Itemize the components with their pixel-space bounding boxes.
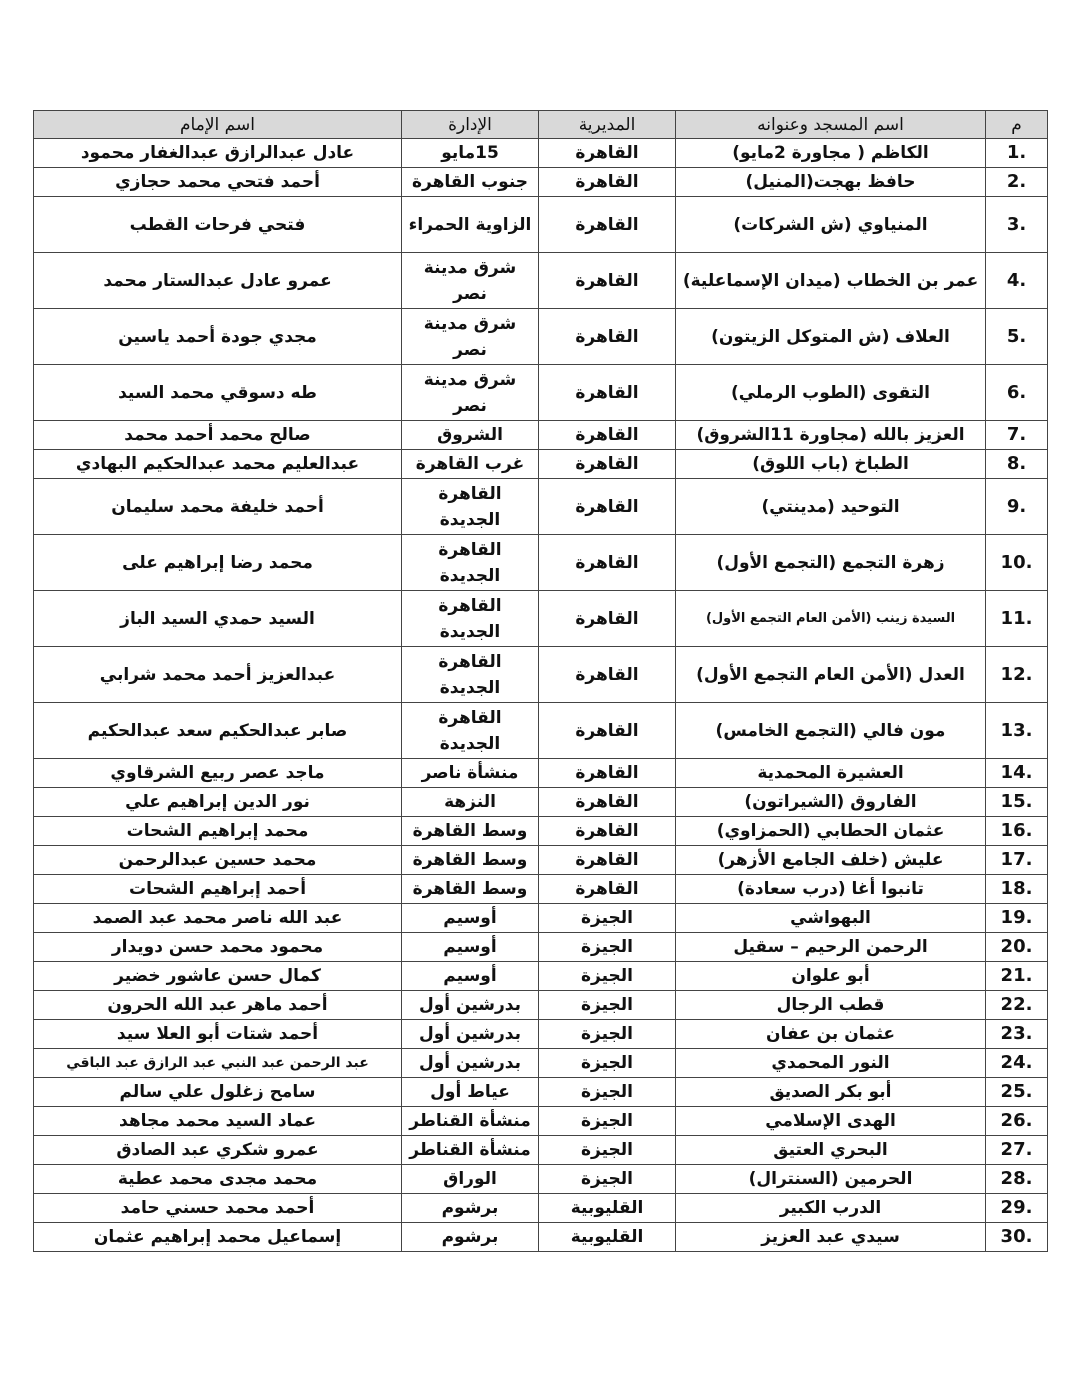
mosque-cell: الحرمين (السنترال)	[676, 1165, 986, 1194]
num-cell: 18.	[986, 875, 1048, 904]
directorate-cell: القاهرة	[539, 817, 676, 846]
table-row: 21.أبو علوانالجيزةأوسيمكمال حسن عاشور خض…	[34, 962, 1048, 991]
header-imam: اسم الإمام	[34, 111, 402, 139]
num-cell: 3.	[986, 197, 1048, 253]
mosque-cell: العدل (الأمن العام التجمع الأول)	[676, 647, 986, 703]
table-row: 12.العدل (الأمن العام التجمع الأول)القاه…	[34, 647, 1048, 703]
table-row: 2.حافظ بهجت(المنيل)القاهرةجنوب القاهرةأح…	[34, 168, 1048, 197]
directorate-cell: القاهرة	[539, 197, 676, 253]
imam-cell: طه دسوقي محمد السيد	[34, 365, 402, 421]
header-directorate: المديرية	[539, 111, 676, 139]
directorate-cell: القاهرة	[539, 253, 676, 309]
administration-cell: القاهرة الجديدة	[402, 591, 539, 647]
mosque-cell: تانبوا أغا (درب سعادة)	[676, 875, 986, 904]
mosque-cell: التقوى (الطوب الرملي)	[676, 365, 986, 421]
mosque-cell: العلاف (ش المتوكل الزيتون)	[676, 309, 986, 365]
table-row: 22.قطب الرجالالجيزةبدرشين أولأحمد ماهر ع…	[34, 991, 1048, 1020]
directorate-cell: الجيزة	[539, 962, 676, 991]
table-row: 17.عليش (خلف الجامع الأزهر)القاهرةوسط ال…	[34, 846, 1048, 875]
table-row: 16.عثمان الحطابي (الحمزاوي)القاهرةوسط ال…	[34, 817, 1048, 846]
imam-cell: صالح محمد أحمد محمد	[34, 421, 402, 450]
mosque-cell: الهدى الإسلامي	[676, 1107, 986, 1136]
num-cell: 6.	[986, 365, 1048, 421]
num-cell: 11.	[986, 591, 1048, 647]
table-row: 13.مون فالي (التجمع الخامس)القاهرةالقاهر…	[34, 703, 1048, 759]
table-row: 11.السيدة زينب (الأمن العام التجمع الأول…	[34, 591, 1048, 647]
directorate-cell: القاهرة	[539, 703, 676, 759]
imam-cell: أحمد فتحي محمد حجازي	[34, 168, 402, 197]
mosque-cell: عمر بن الخطاب (ميدان الإسماعلية)	[676, 253, 986, 309]
directorate-cell: القاهرة	[539, 139, 676, 168]
mosque-cell: قطب الرجال	[676, 991, 986, 1020]
table-body: 1.الكاظم ( مجاورة 2مايو)القاهرة15مايوعاد…	[34, 139, 1048, 1252]
num-cell: 15.	[986, 788, 1048, 817]
num-cell: 29.	[986, 1194, 1048, 1223]
directorate-cell: الجيزة	[539, 1136, 676, 1165]
mosque-cell: الرحمن الرحيم – سقيل	[676, 933, 986, 962]
header-administration: الإدارة	[402, 111, 539, 139]
imam-cell: عبدالعزيز أحمد محمد شرابي	[34, 647, 402, 703]
administration-cell: الوراق	[402, 1165, 539, 1194]
mosque-cell: البهواشي	[676, 904, 986, 933]
table-row: 4.عمر بن الخطاب (ميدان الإسماعلية)القاهر…	[34, 253, 1048, 309]
mosque-cell: البحري العتيق	[676, 1136, 986, 1165]
imam-cell: إسماعيل محمد إبراهيم عثمان	[34, 1223, 402, 1252]
directorate-cell: الجيزة	[539, 933, 676, 962]
num-cell: 5.	[986, 309, 1048, 365]
administration-cell: الزاوية الحمراء	[402, 197, 539, 253]
num-cell: 22.	[986, 991, 1048, 1020]
mosque-cell: التوحيد (مدينتي)	[676, 479, 986, 535]
imam-cell: عمرو عادل عبدالستار محمد	[34, 253, 402, 309]
directorate-cell: القاهرة	[539, 647, 676, 703]
imam-cell: عمرو شكري عبد الصادق	[34, 1136, 402, 1165]
num-cell: 2.	[986, 168, 1048, 197]
administration-cell: بدرشين أول	[402, 1049, 539, 1078]
imam-cell: عبدالعليم محمد عبدالحكيم البهادي	[34, 450, 402, 479]
administration-cell: أوسيم	[402, 933, 539, 962]
num-cell: 24.	[986, 1049, 1048, 1078]
mosque-cell: مون فالي (التجمع الخامس)	[676, 703, 986, 759]
imam-cell: عبد الله ناصر محمد عبد الصمد	[34, 904, 402, 933]
administration-cell: جنوب القاهرة	[402, 168, 539, 197]
administration-cell: القاهرة الجديدة	[402, 535, 539, 591]
administration-cell: منشأة القناطر	[402, 1136, 539, 1165]
administration-cell: منشأة ناصر	[402, 759, 539, 788]
directorate-cell: القاهرة	[539, 450, 676, 479]
table-row: 20.الرحمن الرحيم – سقيلالجيزةأوسيممحمود …	[34, 933, 1048, 962]
administration-cell: القاهرة الجديدة	[402, 647, 539, 703]
mosque-cell: عليش (خلف الجامع الأزهر)	[676, 846, 986, 875]
num-cell: 16.	[986, 817, 1048, 846]
imam-cell: السيد حمدي السيد الباز	[34, 591, 402, 647]
mosque-imam-table-container: م اسم المسجد وعنوانه المديرية الإدارة اس…	[33, 110, 1047, 1252]
table-row: 8.الطباخ (باب اللوق)القاهرةغرب القاهرةعب…	[34, 450, 1048, 479]
imam-cell: عادل عبدالرازق عبدالغفار محمود	[34, 139, 402, 168]
num-cell: 1.	[986, 139, 1048, 168]
table-row: 24.النور المحمديالجيزةبدرشين أولعبد الرح…	[34, 1049, 1048, 1078]
directorate-cell: القاهرة	[539, 846, 676, 875]
table-row: 25.أبو بكر الصديقالجيزةعياط أولسامح زغلو…	[34, 1078, 1048, 1107]
imam-cell: محمد حسين عبدالرحمن	[34, 846, 402, 875]
directorate-cell: الجيزة	[539, 1107, 676, 1136]
table-row: 28.الحرمين (السنترال)الجيزةالوراقمحمد مج…	[34, 1165, 1048, 1194]
directorate-cell: القاهرة	[539, 535, 676, 591]
administration-cell: منشأة القناطر	[402, 1107, 539, 1136]
imam-cell: أحمد ماهر عبد الله الحرون	[34, 991, 402, 1020]
num-cell: 26.	[986, 1107, 1048, 1136]
directorate-cell: الجيزة	[539, 1020, 676, 1049]
num-cell: 25.	[986, 1078, 1048, 1107]
num-cell: 20.	[986, 933, 1048, 962]
num-cell: 4.	[986, 253, 1048, 309]
imam-cell: عماد السيد محمد مجاهد	[34, 1107, 402, 1136]
directorate-cell: الجيزة	[539, 991, 676, 1020]
directorate-cell: القليوبية	[539, 1223, 676, 1252]
administration-cell: القاهرة الجديدة	[402, 703, 539, 759]
table-row: 3.المنياوي (ش الشركات)القاهرةالزاوية الح…	[34, 197, 1048, 253]
imam-cell: نور الدين إبراهيم علي	[34, 788, 402, 817]
administration-cell: القاهرة الجديدة	[402, 479, 539, 535]
table-row: 7.العزيز بالله (مجاورة 11الشروق)القاهرةا…	[34, 421, 1048, 450]
table-header-row: م اسم المسجد وعنوانه المديرية الإدارة اس…	[34, 111, 1048, 139]
num-cell: 19.	[986, 904, 1048, 933]
mosque-cell: سيدي عبد العزيز	[676, 1223, 986, 1252]
administration-cell: شرق مدينة نصر	[402, 253, 539, 309]
table-row: 29.الدرب الكبيرالقليوبيةبرشومأحمد محمد ح…	[34, 1194, 1048, 1223]
num-cell: 10.	[986, 535, 1048, 591]
num-cell: 9.	[986, 479, 1048, 535]
administration-cell: النزهة	[402, 788, 539, 817]
imam-cell: محمد إبراهيم الشحات	[34, 817, 402, 846]
directorate-cell: القاهرة	[539, 365, 676, 421]
imam-cell: مجدي جودة أحمد ياسين	[34, 309, 402, 365]
mosque-cell: أبو علوان	[676, 962, 986, 991]
administration-cell: وسط القاهرة	[402, 846, 539, 875]
mosque-cell: السيدة زينب (الأمن العام التجمع الأول)	[676, 591, 986, 647]
directorate-cell: الجيزة	[539, 904, 676, 933]
administration-cell: وسط القاهرة	[402, 817, 539, 846]
mosque-cell: زهرة التجمع (التجمع الأول)	[676, 535, 986, 591]
table-row: 18.تانبوا أغا (درب سعادة)القاهرةوسط القا…	[34, 875, 1048, 904]
num-cell: 23.	[986, 1020, 1048, 1049]
mosque-cell: الفاروق (الشيراتون)	[676, 788, 986, 817]
table-row: 26.الهدى الإسلاميالجيزةمنشأة القناطرعماد…	[34, 1107, 1048, 1136]
imam-cell: أحمد محمد حسني حامد	[34, 1194, 402, 1223]
num-cell: 27.	[986, 1136, 1048, 1165]
directorate-cell: القاهرة	[539, 168, 676, 197]
imam-cell: أحمد شتات أبو العلا سيد	[34, 1020, 402, 1049]
mosque-cell: الدرب الكبير	[676, 1194, 986, 1223]
directorate-cell: الجيزة	[539, 1049, 676, 1078]
imam-cell: صابر عبدالحكيم سعد عبدالحكيم	[34, 703, 402, 759]
mosque-cell: عثمان بن عفان	[676, 1020, 986, 1049]
num-cell: 13.	[986, 703, 1048, 759]
administration-cell: شرق مدينة نصر	[402, 309, 539, 365]
mosque-imam-table: م اسم المسجد وعنوانه المديرية الإدارة اس…	[33, 110, 1048, 1252]
administration-cell: شرق مدينة نصر	[402, 365, 539, 421]
administration-cell: برشوم	[402, 1223, 539, 1252]
num-cell: 7.	[986, 421, 1048, 450]
administration-cell: عياط أول	[402, 1078, 539, 1107]
num-cell: 28.	[986, 1165, 1048, 1194]
imam-cell: سامح زغلول علي سالم	[34, 1078, 402, 1107]
table-row: 6.التقوى (الطوب الرملي)القاهرةشرق مدينة …	[34, 365, 1048, 421]
administration-cell: أوسيم	[402, 962, 539, 991]
table-row: 9.التوحيد (مدينتي)القاهرةالقاهرة الجديدة…	[34, 479, 1048, 535]
table-row: 23.عثمان بن عفانالجيزةبدرشين أولأحمد شتا…	[34, 1020, 1048, 1049]
directorate-cell: القليوبية	[539, 1194, 676, 1223]
imam-cell: ماجد عصر ربيع الشرقاوي	[34, 759, 402, 788]
administration-cell: بدرشين أول	[402, 991, 539, 1020]
mosque-cell: أبو بكر الصديق	[676, 1078, 986, 1107]
mosque-cell: الكاظم ( مجاورة 2مايو)	[676, 139, 986, 168]
header-mosque: اسم المسجد وعنوانه	[676, 111, 986, 139]
table-row: 10.زهرة التجمع (التجمع الأول)القاهرةالقا…	[34, 535, 1048, 591]
mosque-cell: النور المحمدي	[676, 1049, 986, 1078]
imam-cell: كمال حسن عاشور خضير	[34, 962, 402, 991]
administration-cell: غرب القاهرة	[402, 450, 539, 479]
administration-cell: وسط القاهرة	[402, 875, 539, 904]
num-cell: 12.	[986, 647, 1048, 703]
administration-cell: برشوم	[402, 1194, 539, 1223]
administration-cell: 15مايو	[402, 139, 539, 168]
directorate-cell: القاهرة	[539, 788, 676, 817]
directorate-cell: القاهرة	[539, 479, 676, 535]
num-cell: 30.	[986, 1223, 1048, 1252]
directorate-cell: القاهرة	[539, 591, 676, 647]
num-cell: 21.	[986, 962, 1048, 991]
table-row: 19.البهواشيالجيزةأوسيمعبد الله ناصر محمد…	[34, 904, 1048, 933]
directorate-cell: القاهرة	[539, 421, 676, 450]
num-cell: 17.	[986, 846, 1048, 875]
imam-cell: محمد رضا إبراهيم على	[34, 535, 402, 591]
directorate-cell: الجيزة	[539, 1165, 676, 1194]
imam-cell: أحمد خليفة محمد سليمان	[34, 479, 402, 535]
num-cell: 14.	[986, 759, 1048, 788]
mosque-cell: عثمان الحطابي (الحمزاوي)	[676, 817, 986, 846]
table-row: 5.العلاف (ش المتوكل الزيتون)القاهرةشرق م…	[34, 309, 1048, 365]
mosque-cell: حافظ بهجت(المنيل)	[676, 168, 986, 197]
imam-cell: أحمد إبراهيم الشحات	[34, 875, 402, 904]
administration-cell: بدرشين أول	[402, 1020, 539, 1049]
administration-cell: الشروق	[402, 421, 539, 450]
table-row: 14.العشيرة المحمديةالقاهرةمنشأة ناصرماجد…	[34, 759, 1048, 788]
table-row: 1.الكاظم ( مجاورة 2مايو)القاهرة15مايوعاد…	[34, 139, 1048, 168]
table-row: 15.الفاروق (الشيراتون)القاهرةالنزهةنور ا…	[34, 788, 1048, 817]
table-row: 30.سيدي عبد العزيزالقليوبيةبرشومإسماعيل …	[34, 1223, 1048, 1252]
imam-cell: فتحي فرحات القطب	[34, 197, 402, 253]
num-cell: 8.	[986, 450, 1048, 479]
imam-cell: محمود محمد حسن دويدار	[34, 933, 402, 962]
table-row: 27.البحري العتيقالجيزةمنشأة القناطرعمرو …	[34, 1136, 1048, 1165]
header-num: م	[986, 111, 1048, 139]
directorate-cell: القاهرة	[539, 309, 676, 365]
mosque-cell: العشيرة المحمدية	[676, 759, 986, 788]
directorate-cell: القاهرة	[539, 875, 676, 904]
administration-cell: أوسيم	[402, 904, 539, 933]
mosque-cell: العزيز بالله (مجاورة 11الشروق)	[676, 421, 986, 450]
directorate-cell: الجيزة	[539, 1078, 676, 1107]
directorate-cell: القاهرة	[539, 759, 676, 788]
imam-cell: محمد مجدى محمد عطية	[34, 1165, 402, 1194]
mosque-cell: المنياوي (ش الشركات)	[676, 197, 986, 253]
mosque-cell: الطباخ (باب اللوق)	[676, 450, 986, 479]
imam-cell: عبد الرحمن عبد النبي عبد الرازق عبد البا…	[34, 1049, 402, 1078]
